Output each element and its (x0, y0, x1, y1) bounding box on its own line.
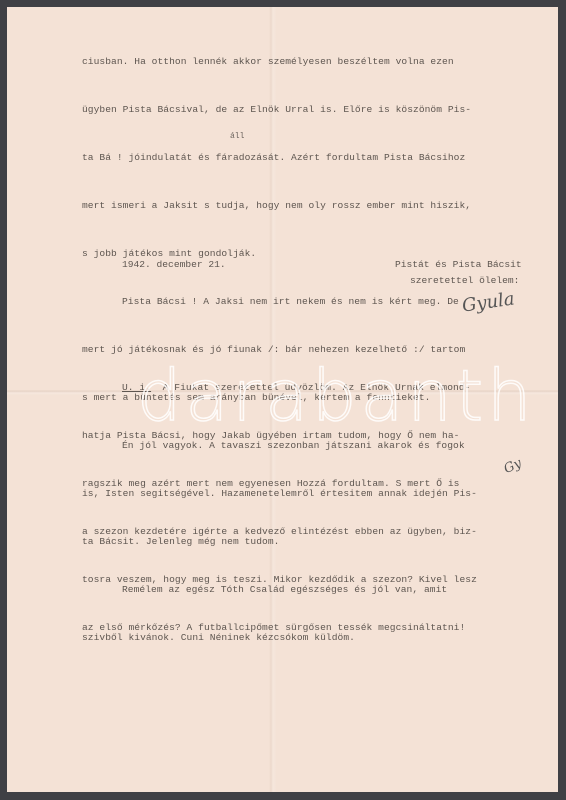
text-line: ragszik meg azért mert nem egyenesen Hoz… (82, 476, 562, 492)
watermark: darabanth (137, 355, 536, 437)
text-line: ciusban. Ha otthon lennék akkor személye… (82, 54, 562, 70)
text-line: a szezon kezdetére igérte a kedvező elin… (82, 524, 562, 540)
closing-line-1: Pistát és Pista Bácsit (395, 259, 522, 270)
text-line: tosra veszem, hogy meg is teszi. Mikor k… (82, 572, 562, 588)
letter-date: 1942. december 21. (122, 259, 226, 270)
closing-line-2: szeretettel ölelem: (410, 275, 519, 286)
text-line: az első mérkőzés? A futballcipőmet sürgő… (82, 620, 562, 636)
letter-page: ciusban. Ha otthon lennék akkor személye… (7, 7, 558, 792)
text-line: ta Bá ! jóindulatát és fáradozását. Azér… (82, 150, 562, 166)
handwritten-insertion: áll (230, 132, 244, 141)
text-line: ügyben Pista Bácsival, de az Elnök Urral… (82, 102, 562, 118)
text-line: mert ismeri a Jaksit s tudja, hogy nem o… (82, 198, 562, 214)
